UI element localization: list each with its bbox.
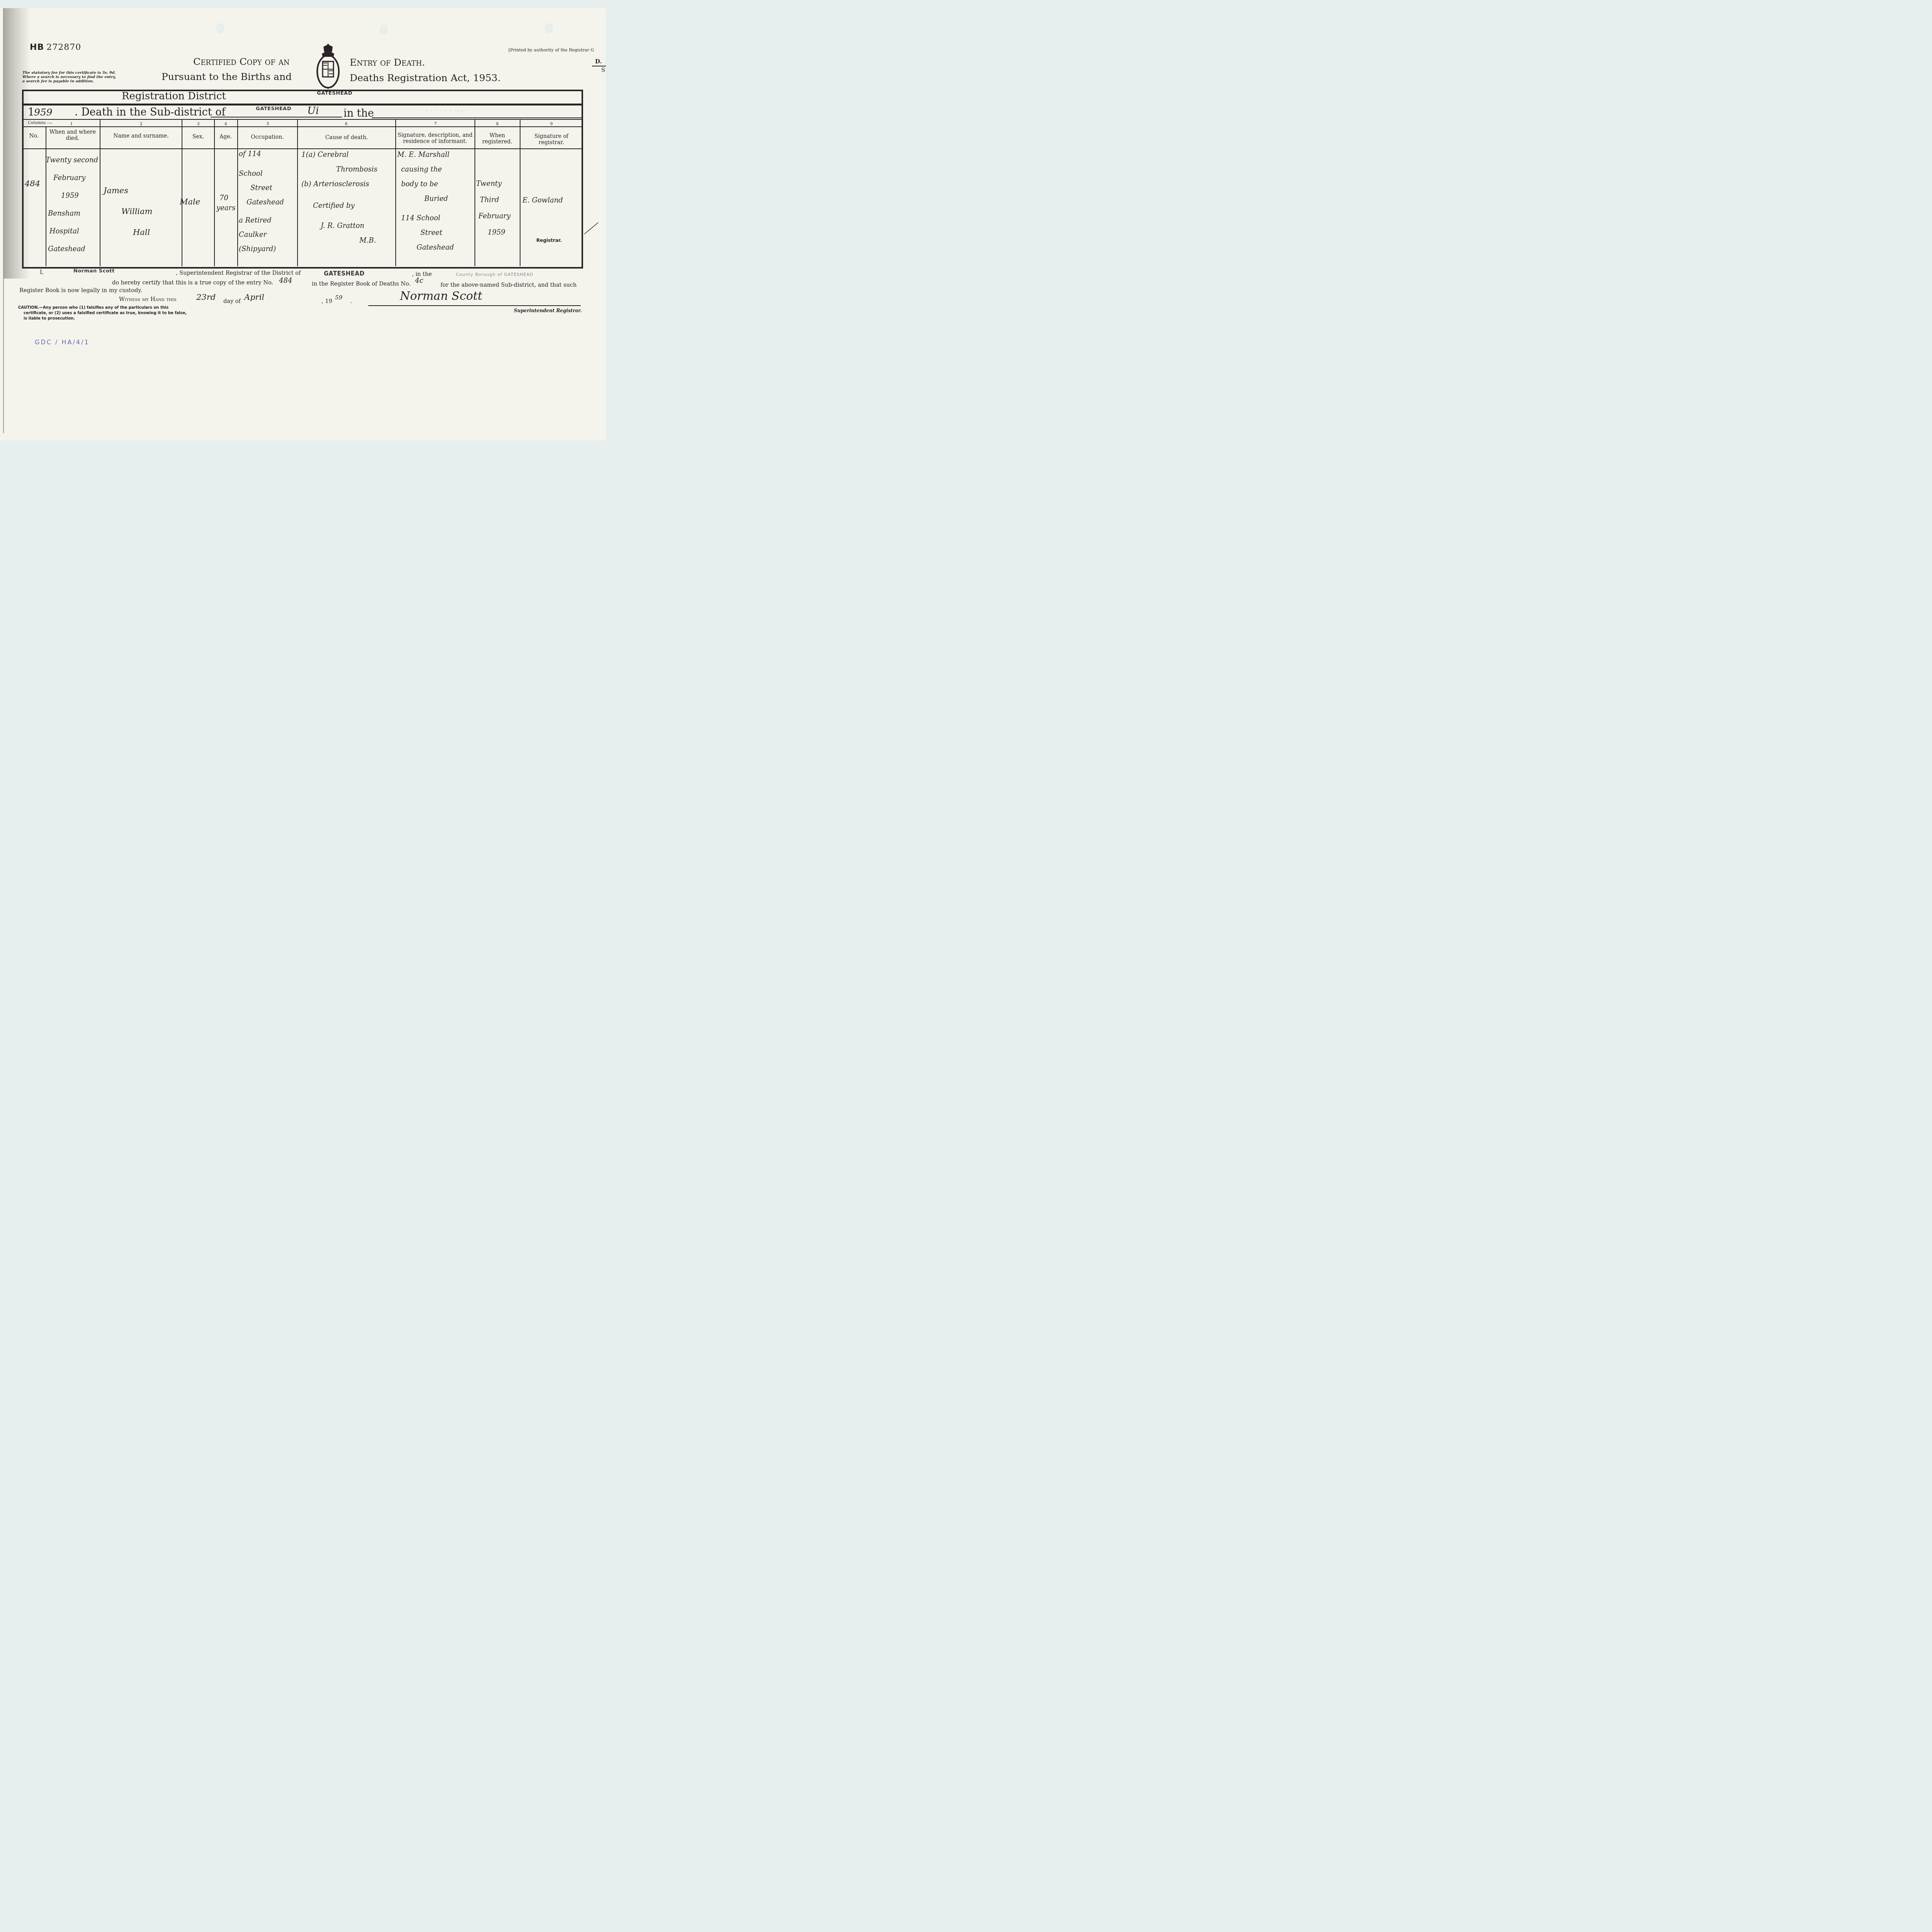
column-header-occupation: Occupation. [251, 134, 284, 140]
signature-line [368, 305, 581, 306]
title-entry-of-death: Entry of Death. [350, 57, 425, 68]
column-divider [297, 120, 298, 266]
entry-number: 484 [25, 176, 40, 191]
column-number-divider [22, 126, 583, 127]
entry-when-where: Twenty second February 1959 Bensham Hosp… [46, 151, 98, 258]
superintendent-name-stamp: Norman Scott [73, 268, 115, 274]
district-stamp: GATESHEAD [324, 270, 364, 277]
column-divider [237, 120, 238, 266]
title-certified-copy: Certified Copy of an [193, 56, 290, 67]
column-header-registrar: Signature of registrar. [532, 133, 571, 146]
subdistrict-stamp: GATESHEAD [256, 106, 291, 112]
cert-day: 23rd [196, 291, 216, 304]
superintendent-registrar-label: Superintendent Registrar. [514, 308, 582, 313]
witness-text: Witness my Hand this [119, 296, 177, 303]
year-prefix: 1 [28, 106, 34, 118]
subdistrict-fill-line [211, 117, 342, 117]
entry-sex: Male [180, 194, 200, 209]
column-number: 5 [267, 122, 269, 126]
faint-county-stamp: · · · · · · · ·:·:· [421, 109, 467, 113]
entry-name: James William Hall [104, 180, 153, 243]
cert-i-label: I, [40, 269, 44, 276]
title-pursuant: Pursuant to the Births and [162, 71, 292, 82]
entry-when-registered: Twenty Third February 1959 [476, 176, 510, 241]
archive-reference: GDC / HA/4/1 [35, 338, 90, 346]
caution-notice: CAUTION.—Any person who (1) falsifies an… [18, 305, 187, 321]
column-divider [520, 120, 520, 266]
cert-year-prefix: , 19 [321, 298, 332, 304]
serial-number: HB272870 [30, 43, 81, 52]
column-number: 9 [550, 122, 553, 126]
column-header-name: Name and surname. [113, 133, 169, 139]
register-book-text: in the Register Book of Deaths No. [312, 281, 411, 287]
column-divider [474, 120, 475, 266]
column-header-when-where: When and where died. [48, 129, 98, 141]
punch-hole [381, 26, 387, 34]
fee-notice: The statutory fee for this certificate i… [22, 71, 116, 83]
custody-text: Register Book is now legally in my custo… [19, 287, 142, 294]
column-number: 3 [197, 122, 200, 126]
subdistrict-handwritten: Ui [307, 105, 319, 117]
cert-book-number: 4c [415, 275, 423, 287]
column-number: 1 [70, 122, 73, 126]
column-divider [395, 120, 396, 266]
column-number: 6 [345, 122, 348, 126]
entry-informant: M. E. Marshall causing the body to be Bu… [397, 148, 454, 255]
subdistrict-divider [22, 119, 583, 120]
pen-stroke-mark [583, 220, 599, 236]
cert-year: 59 [335, 293, 342, 302]
form-code: D. [595, 58, 602, 65]
column-header-informant: Signature, description, and residence of… [396, 132, 474, 145]
column-header-no: No. [29, 133, 39, 139]
entry-occupation: of 114 School Street Gateshead a Retired… [239, 147, 284, 256]
punch-hole [217, 24, 224, 32]
title-act: Deaths Registration Act, 1953. [350, 72, 501, 83]
column-number: 4 [224, 122, 227, 126]
column-divider [100, 120, 100, 266]
certify-text: do hereby certify that this is a true co… [112, 280, 273, 286]
district-divider [22, 104, 583, 105]
superintendent-text: , Superintendent Registrar of the Distri… [176, 270, 301, 276]
form-code-sub: S [601, 66, 605, 73]
year-handwritten: 959 [34, 107, 53, 118]
column-header-sex: Sex. [192, 134, 204, 140]
day-of-label: day of [223, 298, 241, 304]
column-number: 7 [434, 122, 437, 126]
death-in-subdistrict-label: . Death in the Sub-district of [75, 106, 225, 118]
scan-edge-line [3, 8, 4, 433]
county-stamp: County Borough of GATESHEAD [456, 272, 534, 277]
registration-district-label: Registration District [122, 90, 226, 102]
columns-label: Columns :— [28, 121, 53, 125]
column-number: 2 [140, 122, 143, 126]
county-fill-line [372, 117, 582, 118]
registration-district-stamp: GATESHEAD [317, 90, 352, 96]
cert-year-period: . [350, 298, 352, 304]
column-divider [214, 120, 215, 266]
entry-age: 70 years [216, 193, 235, 213]
column-header-age: Age. [219, 134, 232, 140]
in-the-label: in the [344, 107, 374, 119]
cert-entry-number: 484 [279, 276, 292, 286]
royal-coat-of-arms-icon [315, 44, 341, 89]
superintendent-signature: Norman Scott [400, 287, 482, 306]
entry-cause-of-death: 1(a) Cerebral Thrombosis (b) Arterioscle… [301, 148, 378, 248]
punch-hole [546, 24, 552, 32]
printed-by-authority: [Printed by authority of the Registrar G [509, 48, 594, 53]
column-number: 8 [496, 122, 499, 126]
cert-month: April [244, 291, 264, 304]
column-header-cause: Cause of death. [325, 134, 368, 141]
column-header-when-registered: When registered. [482, 133, 513, 145]
entry-registrar-signature: E. Gowland [522, 194, 563, 207]
registrar-label: Registrar. [536, 238, 562, 243]
column-divider [182, 120, 182, 266]
